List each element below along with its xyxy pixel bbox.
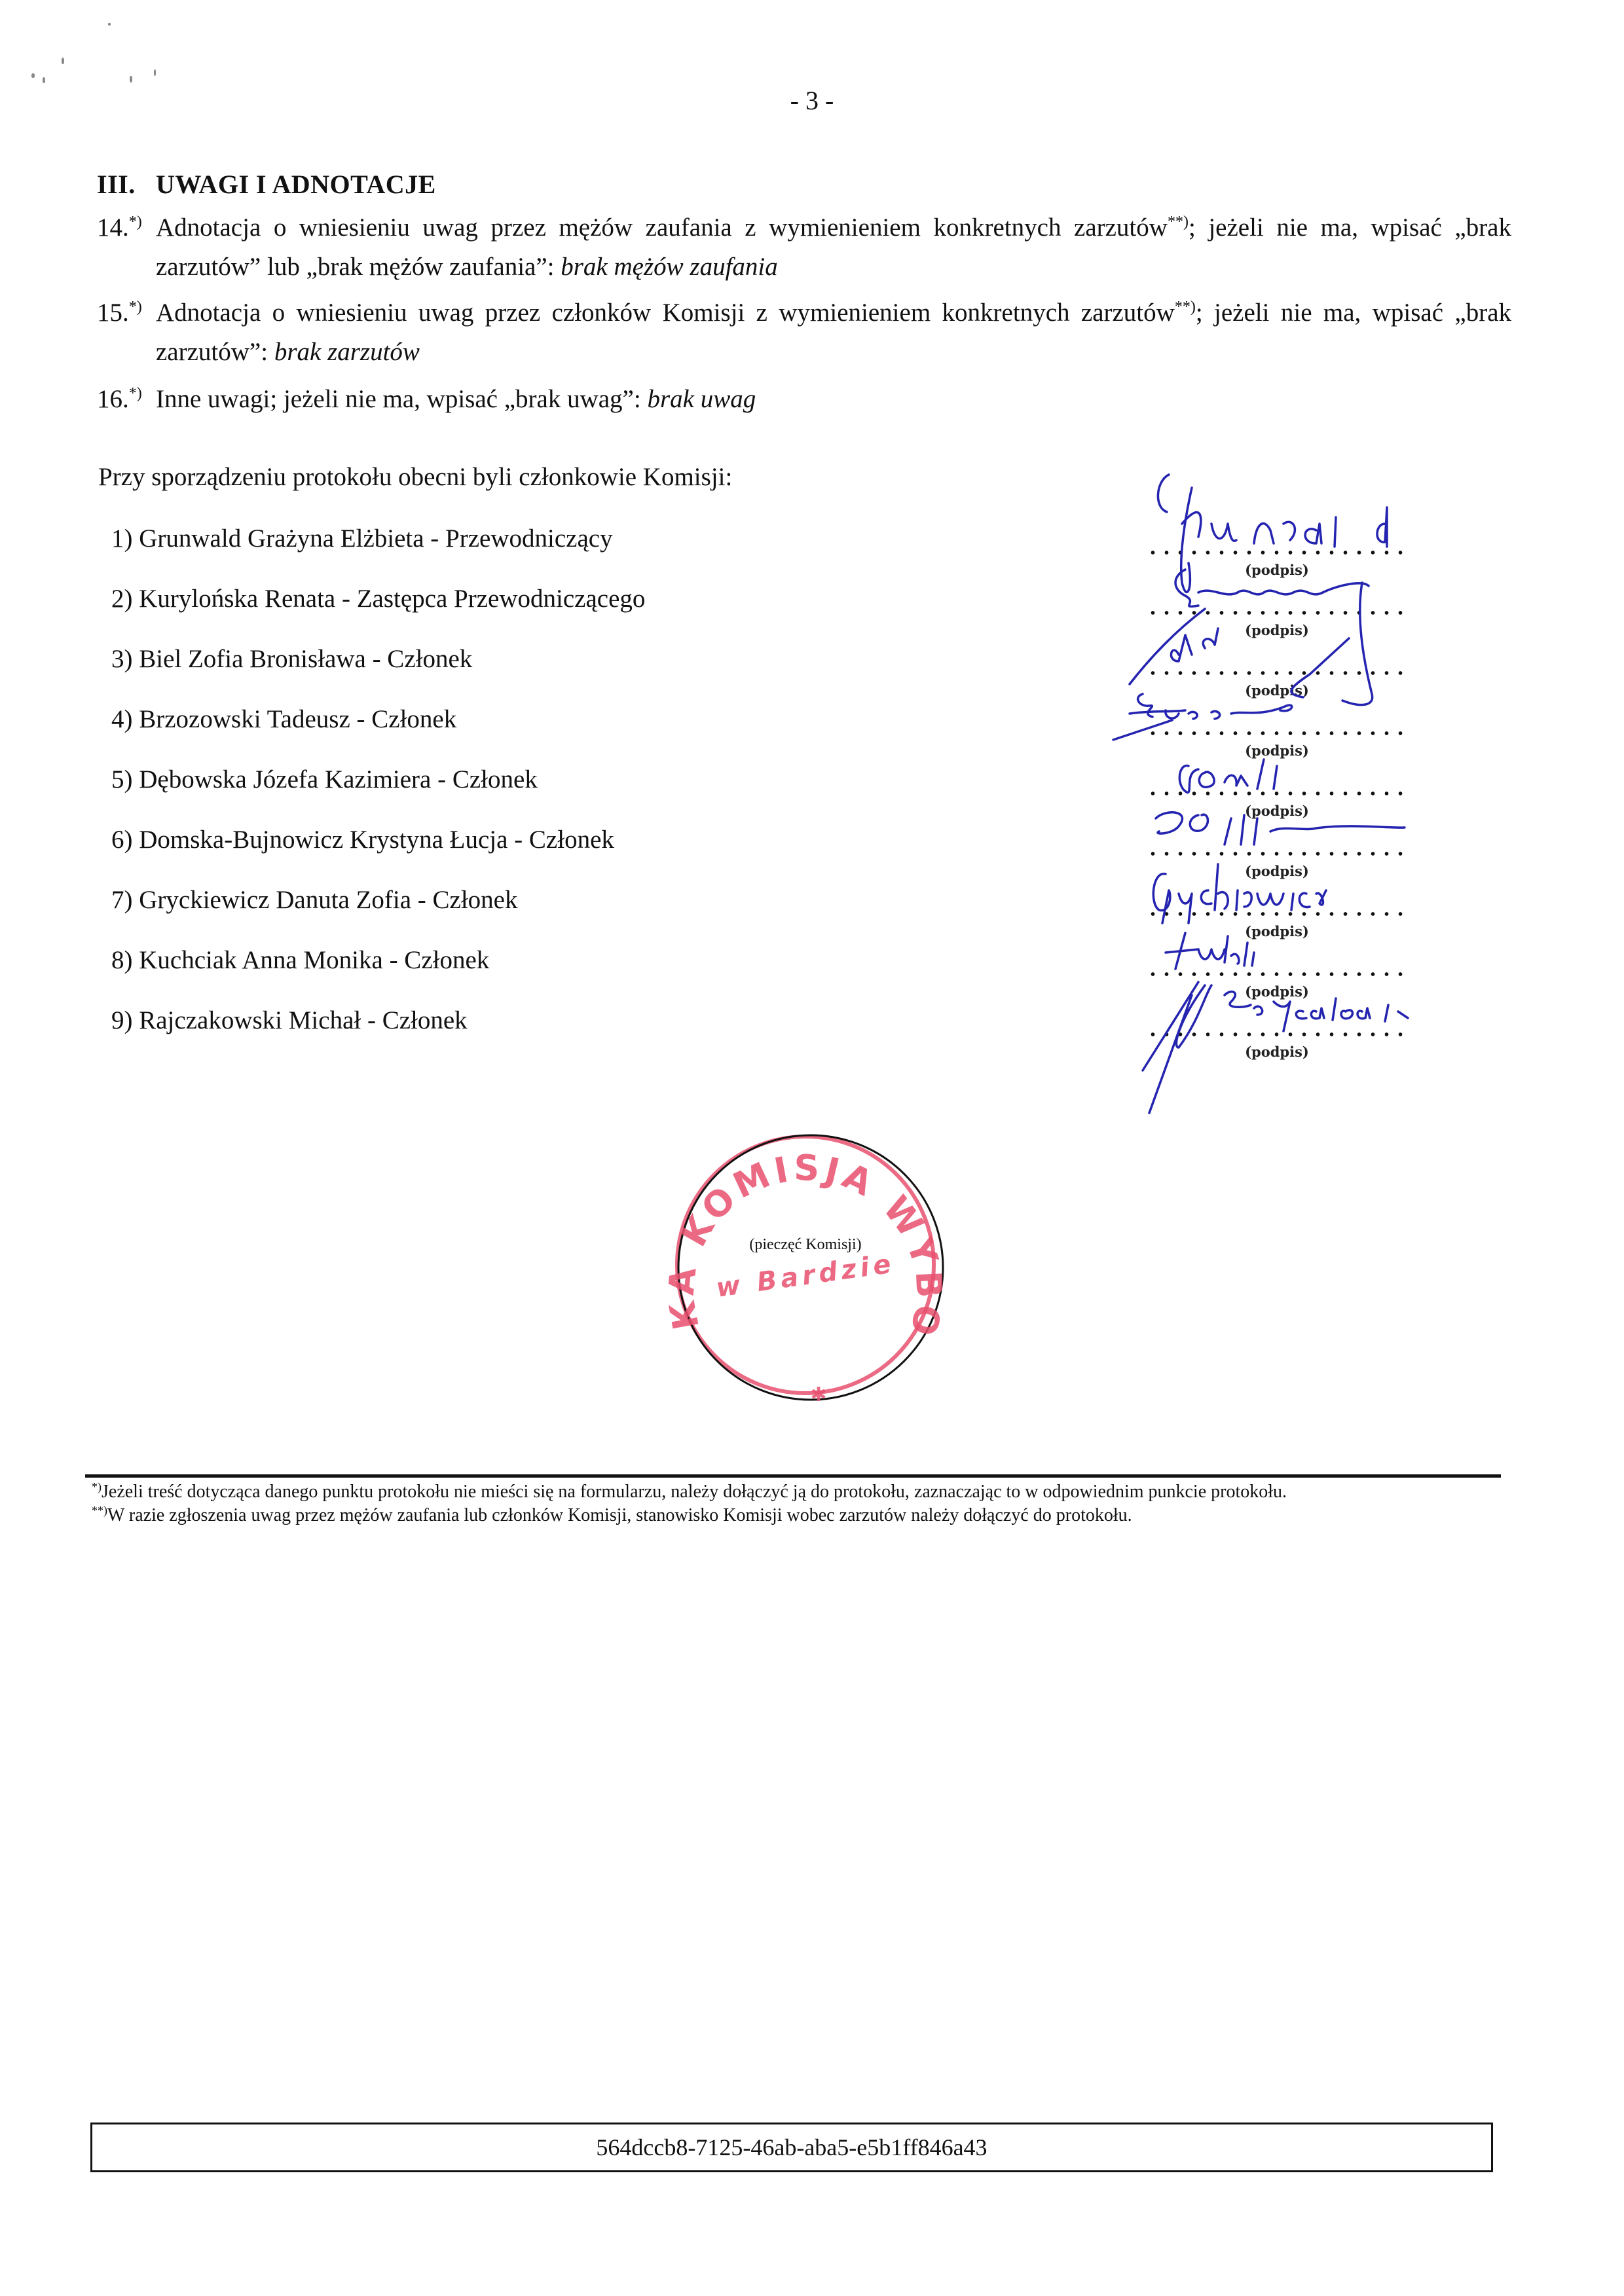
commission-stamp: MIEJSKA KOMISJA WYBORCZA w Bardzie ✱ [655, 1113, 956, 1414]
svg-text:✱: ✱ [810, 1383, 826, 1406]
handwritten-signatures [0, 0, 1624, 1178]
document-id-box: 564dccb8-7125-46ab-aba5-e5b1ff846a43 [90, 2123, 1493, 2172]
stamp-label: (pieczęć Komisji) [720, 1236, 891, 1254]
document-id: 564dccb8-7125-46ab-aba5-e5b1ff846a43 [596, 2134, 987, 2161]
svg-text:w Bardzie: w Bardzie [714, 1248, 897, 1303]
footnote-2: **)W razie zgłoszenia uwag przez mężów z… [92, 1504, 1132, 1527]
footnote-divider [85, 1474, 1501, 1478]
footnote-1: *)Jeżeli treść dotycząca danego punktu p… [92, 1481, 1287, 1503]
svg-text:MIEJSKA KOMISJA WYBORCZA: MIEJSKA KOMISJA WYBORCZA [655, 1113, 950, 1343]
